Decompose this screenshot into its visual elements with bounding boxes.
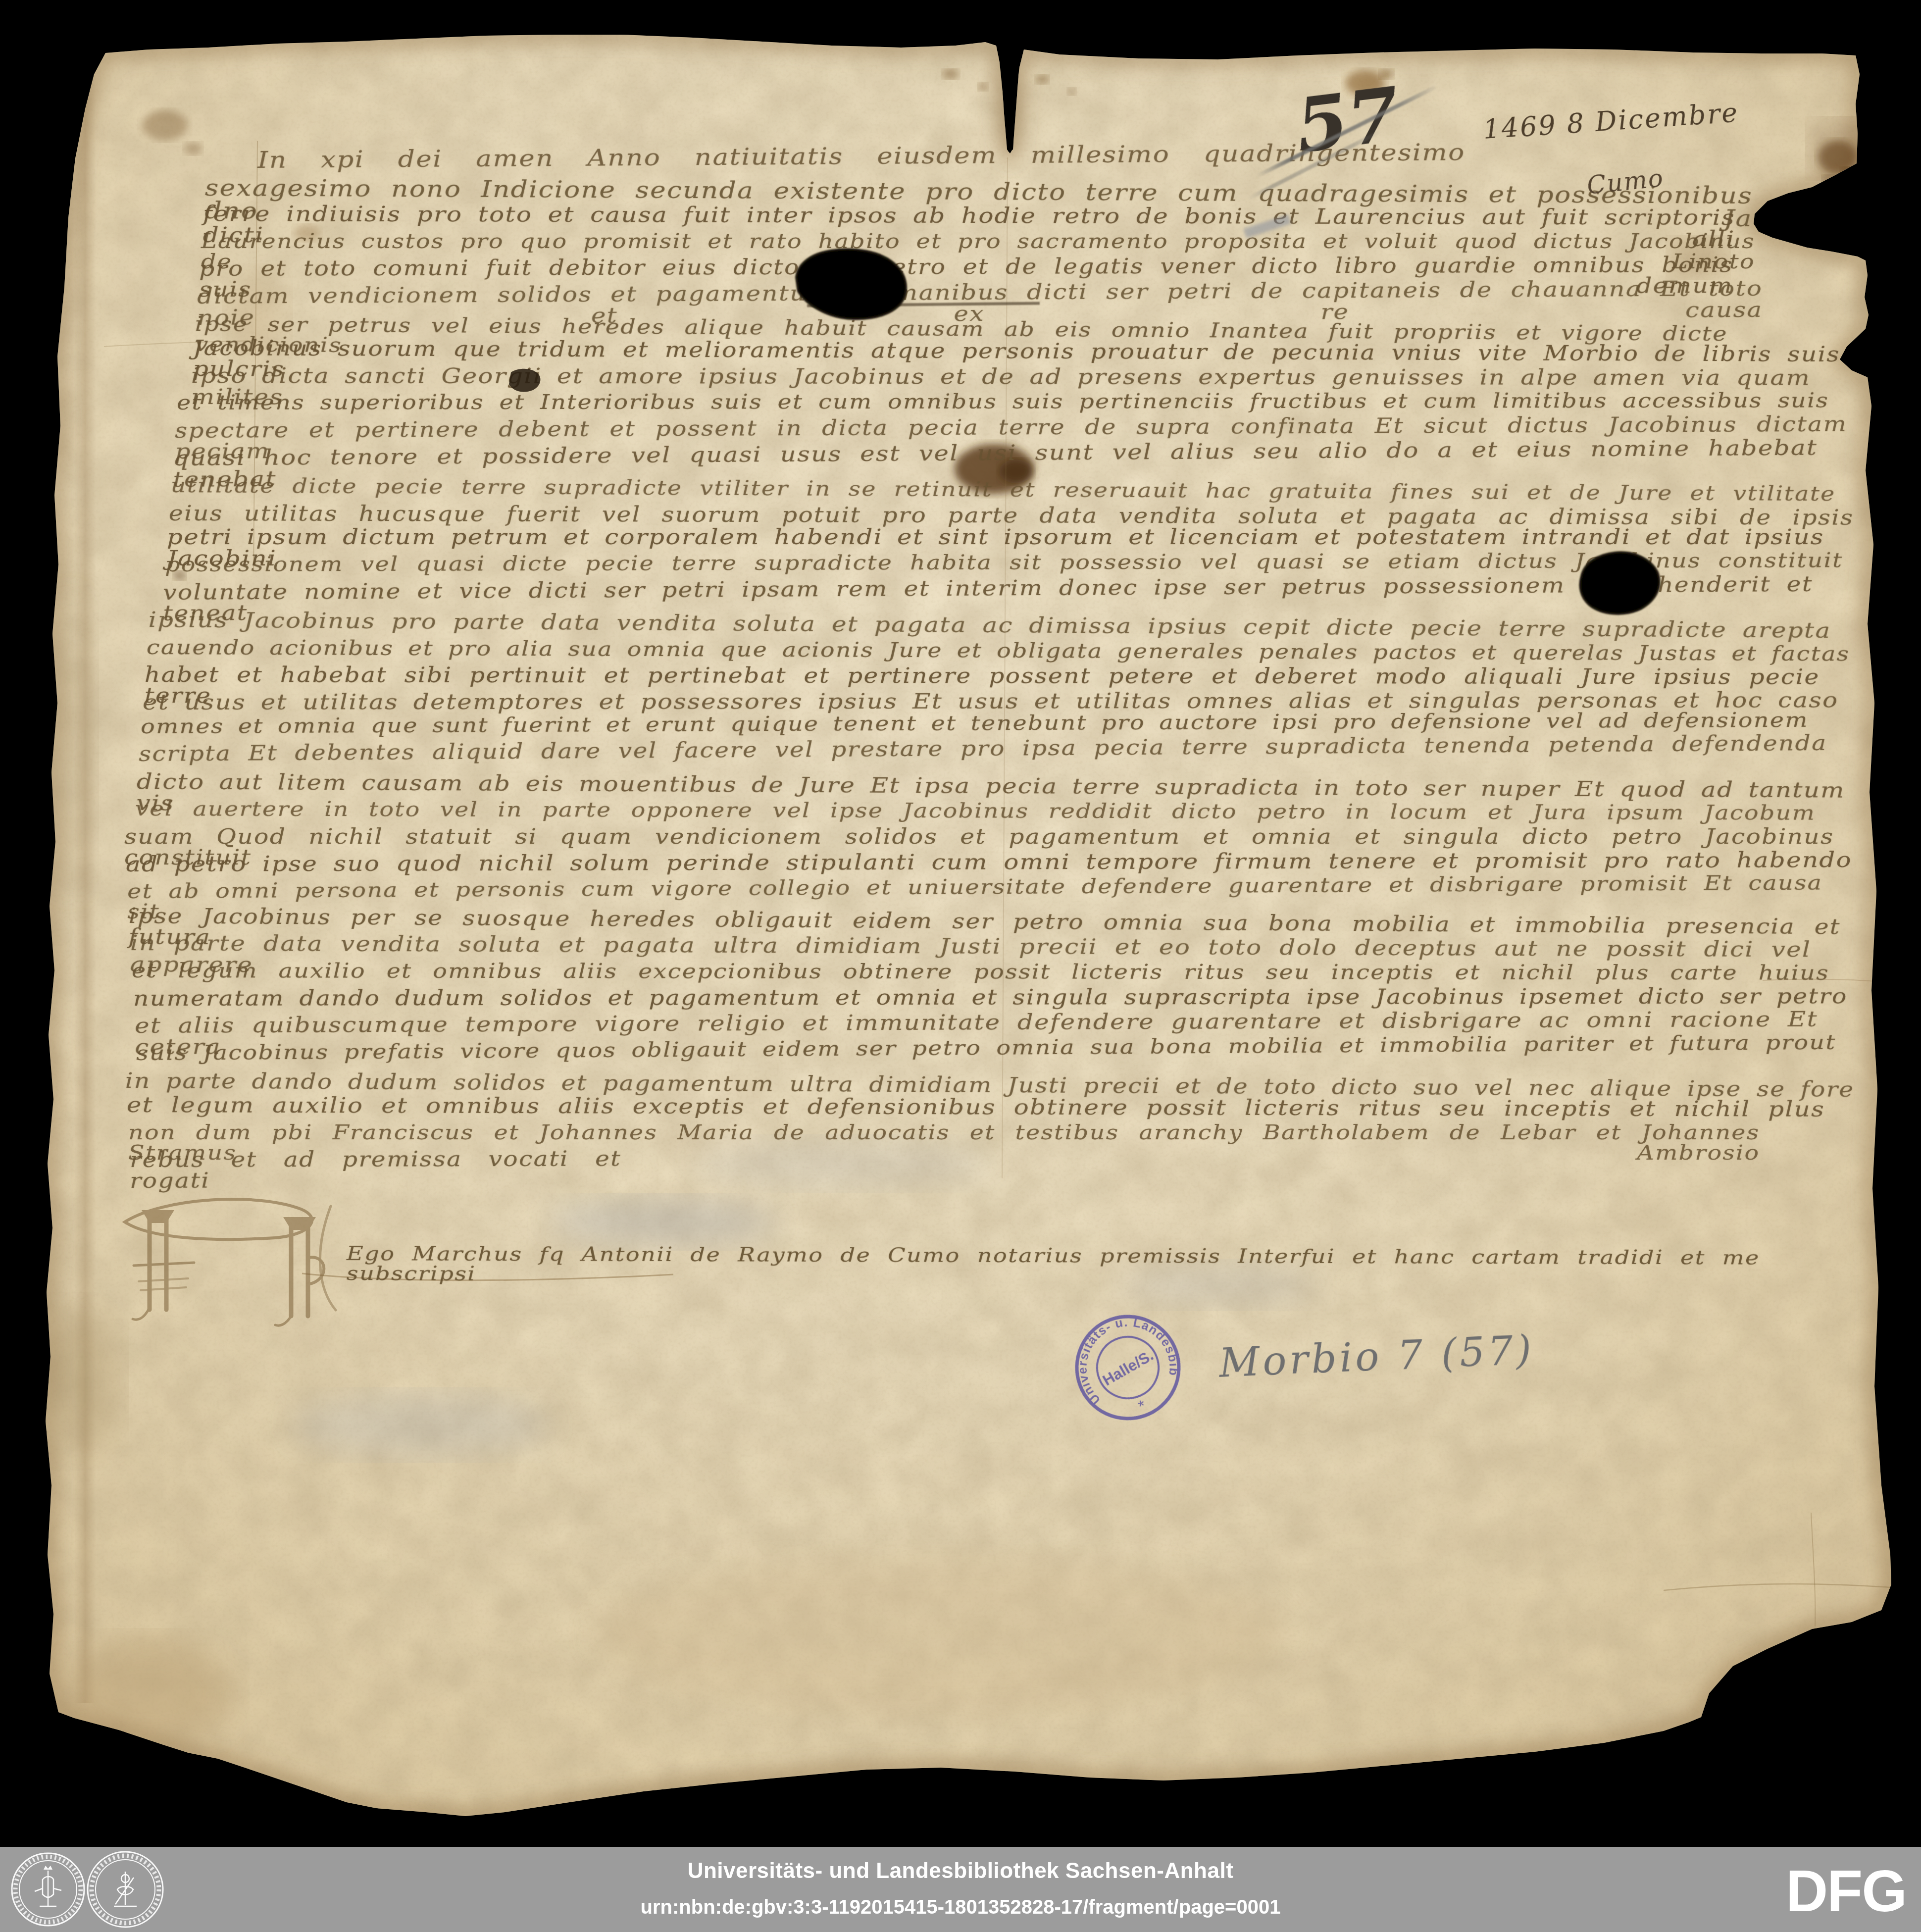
stamp-center-text: Halle/S. bbox=[1100, 1346, 1156, 1389]
library-seal-icons bbox=[0, 1847, 198, 1932]
svg-text:Universitäts- u. Landesbibliot: Universitäts- u. Landesbibliothek bbox=[0, 54, 1186, 1779]
footer-urn: urn:nbn:de:gbv:3:3-1192015415-1801352828… bbox=[465, 1896, 1456, 1919]
seal-right-icon bbox=[88, 1852, 163, 1927]
scan-viewer: In xpi dei amen Anno natiuitatis eiusdem… bbox=[0, 0, 1921, 1932]
dfg-logo: DFG bbox=[1786, 1858, 1906, 1925]
seal-left-icon bbox=[12, 1853, 84, 1926]
library-stamp: Universitäts- u. Landesbibliothek * Hall… bbox=[0, 0, 1921, 1932]
stamp-ring-text: Universitäts- u. Landesbibliothek bbox=[0, 54, 1186, 1779]
footer-library-name: Universitäts- und Landesbibliothek Sachs… bbox=[465, 1859, 1456, 1883]
footer-bar: Universitäts- und Landesbibliothek Sachs… bbox=[0, 1847, 1921, 1932]
stamp-bottom-mark: * bbox=[1136, 1396, 1148, 1416]
